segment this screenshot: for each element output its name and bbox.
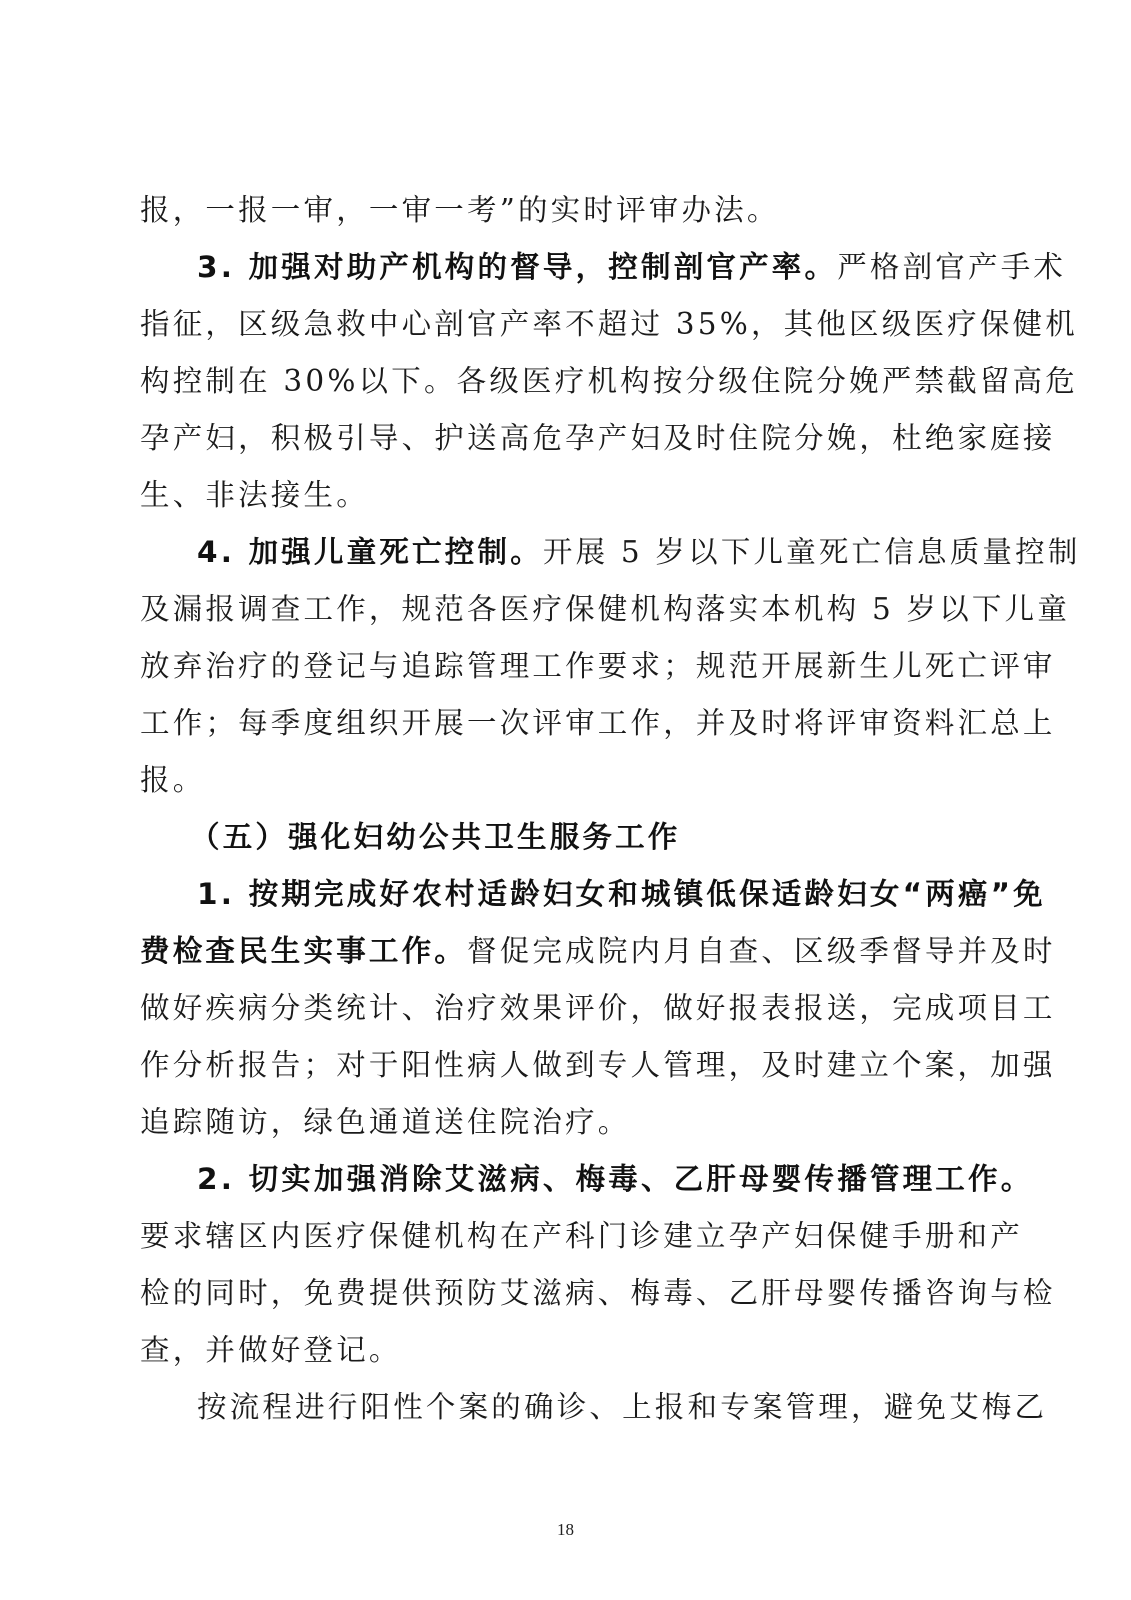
body-text: 生、非法接生。 — [140, 478, 369, 512]
body-text: 按流程进行阳性个案的确诊、上报和专案管理，避免艾梅乙 — [197, 1390, 1047, 1424]
body-text: 工作；每季度组织开展一次评审工作，并及时将评审资料汇总上 — [140, 706, 1056, 740]
text-line-4: 构控制在 30%以下。各级医疗机构按分级住院分娩严禁截留高危 — [140, 359, 972, 403]
text-line-17: 追踪随访，绿色通道送住院治疗。 — [140, 1100, 972, 1144]
item-1-heading-cont: 费检查民生实事工作。 — [140, 934, 467, 968]
text-line-8: 及漏报调查工作，规范各医疗保健机构落实本机构 5 岁以下儿童 — [140, 587, 972, 631]
body-text: 作分析报告；对于阳性病人做到专人管理，及时建立个案，加强 — [140, 1048, 1056, 1082]
item-3-heading: 3. 加强对助产机构的督导，控制剖官产率。 — [197, 250, 837, 284]
text-line-18: 2. 切实加强消除艾滋病、梅毒、乙肝母婴传播管理工作。 — [197, 1157, 1029, 1201]
text-line-10: 工作；每季度组织开展一次评审工作，并及时将评审资料汇总上 — [140, 701, 972, 745]
body-text: 及漏报调查工作，规范各医疗保健机构落实本机构 5 岁以下儿童 — [140, 592, 1070, 626]
text-line-20: 检的同时，免费提供预防艾滋病、梅毒、乙肝母婴传播咨询与检 — [140, 1271, 972, 1315]
section-heading: （五）强化妇幼公共卫生服务工作 — [190, 815, 1022, 859]
text-line-2: 3. 加强对助产机构的督导，控制剖官产率。严格剖官产手术 — [197, 245, 1029, 289]
item-4-heading: 4. 加强儿童死亡控制。 — [197, 535, 543, 569]
body-text: 要求辖区内医疗保健机构在产科门诊建立孕产妇保健手册和产 — [140, 1219, 1023, 1253]
text-line-6: 生、非法接生。 — [140, 473, 972, 517]
page-number: 18 — [0, 1520, 1131, 1540]
text-line-13: 1. 按期完成好农村适龄妇女和城镇低保适龄妇女“两癌”免 — [197, 872, 1029, 916]
body-text: 严格剖官产手术 — [837, 250, 1066, 284]
body-text: 追踪随访，绿色通道送住院治疗。 — [140, 1105, 631, 1139]
text-line-22: 按流程进行阳性个案的确诊、上报和专案管理，避免艾梅乙 — [197, 1385, 1029, 1429]
item-1-heading: 1. 按期完成好农村适龄妇女和城镇低保适龄妇女“两癌”免 — [197, 877, 1046, 911]
text-line-21: 查，并做好登记。 — [140, 1328, 972, 1372]
body-text: 报，一报一审，一审一考”的实时评审办法。 — [140, 193, 780, 227]
item-2-heading: 2. 切实加强消除艾滋病、梅毒、乙肝母婴传播管理工作。 — [197, 1162, 1033, 1196]
text-line-16: 作分析报告；对于阳性病人做到专人管理，及时建立个案，加强 — [140, 1043, 972, 1087]
body-text: 构控制在 30%以下。各级医疗机构按分级住院分娩严禁截留高危 — [140, 364, 1078, 398]
text-line-9: 放弃治疗的登记与追踪管理工作要求；规范开展新生儿死亡评审 — [140, 644, 972, 688]
section-5-title: （五）强化妇幼公共卫生服务工作 — [190, 820, 681, 854]
body-text: 孕产妇，积极引导、护送高危孕产妇及时住院分娩，杜绝家庭接 — [140, 421, 1056, 455]
text-line-14: 费检查民生实事工作。督促完成院内月自查、区级季督导并及时 — [140, 929, 972, 973]
text-line-11: 报。 — [140, 758, 972, 802]
text-line-1: 报，一报一审，一审一考”的实时评审办法。 — [140, 188, 972, 232]
body-text: 督促完成院内月自查、区级季督导并及时 — [467, 934, 1056, 968]
body-text: 报。 — [140, 763, 205, 797]
body-text: 查，并做好登记。 — [140, 1333, 402, 1367]
text-line-19: 要求辖区内医疗保健机构在产科门诊建立孕产妇保健手册和产 — [140, 1214, 972, 1258]
body-text: 指征，区级急救中心剖官产率不超过 35%，其他区级医疗保健机 — [140, 307, 1078, 341]
body-text: 放弃治疗的登记与追踪管理工作要求；规范开展新生儿死亡评审 — [140, 649, 1056, 683]
body-text: 开展 5 岁以下儿童死亡信息质量控制 — [543, 535, 1081, 569]
text-line-15: 做好疾病分类统计、治疗效果评价，做好报表报送，完成项目工 — [140, 986, 972, 1030]
text-line-7: 4. 加强儿童死亡控制。开展 5 岁以下儿童死亡信息质量控制 — [197, 530, 1029, 574]
body-text: 做好疾病分类统计、治疗效果评价，做好报表报送，完成项目工 — [140, 991, 1056, 1025]
text-line-5: 孕产妇，积极引导、护送高危孕产妇及时住院分娩，杜绝家庭接 — [140, 416, 972, 460]
body-text: 检的同时，免费提供预防艾滋病、梅毒、乙肝母婴传播咨询与检 — [140, 1276, 1056, 1310]
text-line-3: 指征，区级急救中心剖官产率不超过 35%，其他区级医疗保健机 — [140, 302, 972, 346]
document-page: 报，一报一审，一审一考”的实时评审办法。 3. 加强对助产机构的督导，控制剖官产… — [0, 0, 1131, 1600]
